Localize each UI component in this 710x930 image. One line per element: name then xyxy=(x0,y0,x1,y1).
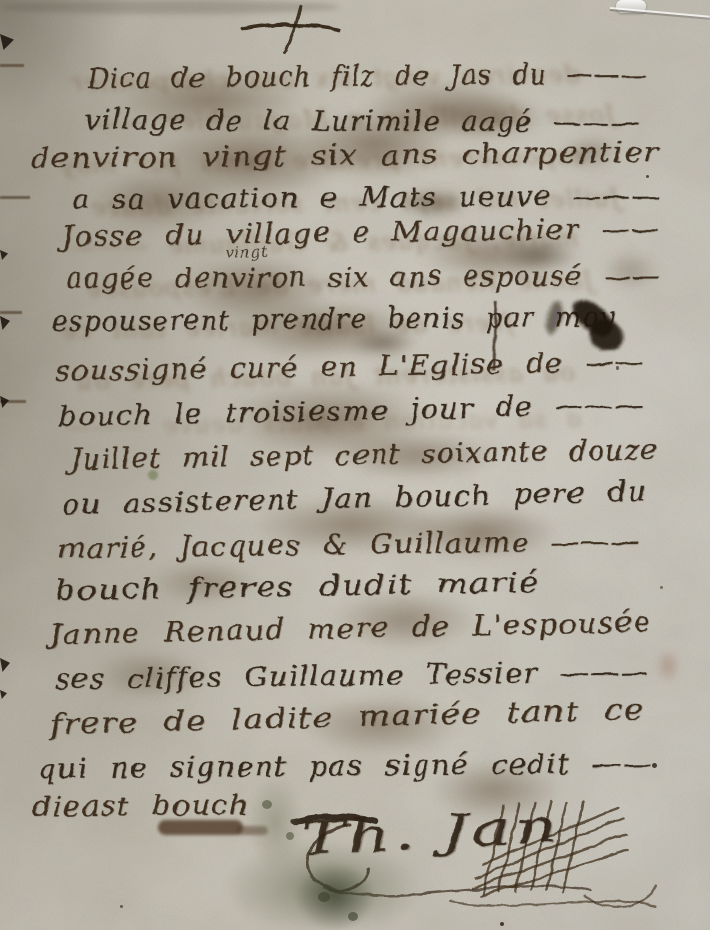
paper-speck xyxy=(616,366,619,370)
margin-dash xyxy=(0,64,24,67)
brown-smear-tail xyxy=(236,826,268,835)
edge-ink-mark xyxy=(0,250,8,260)
green-fleck xyxy=(148,470,158,480)
edge-ink-mark xyxy=(0,690,7,699)
mold-dot xyxy=(286,832,294,840)
brown-smear xyxy=(158,820,243,835)
margin-dash xyxy=(0,311,22,314)
mold-dot xyxy=(262,800,272,809)
ruler-edge-line xyxy=(610,9,710,20)
margin-dash xyxy=(0,196,30,199)
edge-ink-mark xyxy=(0,34,14,50)
paper-speck xyxy=(660,586,663,589)
ruler-end-nub xyxy=(616,0,646,13)
manuscript-page: denviron vingt six ans charpentier Josse… xyxy=(0,0,710,930)
mold-dot xyxy=(348,912,358,921)
ruler-highlight xyxy=(610,7,710,17)
edge-ink-mark xyxy=(0,316,10,330)
mold-stain-core xyxy=(295,862,375,930)
stain-layer xyxy=(0,0,710,930)
paper-speck xyxy=(646,175,649,178)
paper-speck xyxy=(652,763,657,768)
glass-ruler-object xyxy=(610,0,710,30)
edge-ink-mark xyxy=(0,658,10,672)
paper-speck xyxy=(500,922,504,926)
mold-dot xyxy=(318,892,330,902)
paper-speck xyxy=(120,905,123,908)
mold-speckle-column xyxy=(248,775,303,870)
mold-stain xyxy=(225,840,425,930)
